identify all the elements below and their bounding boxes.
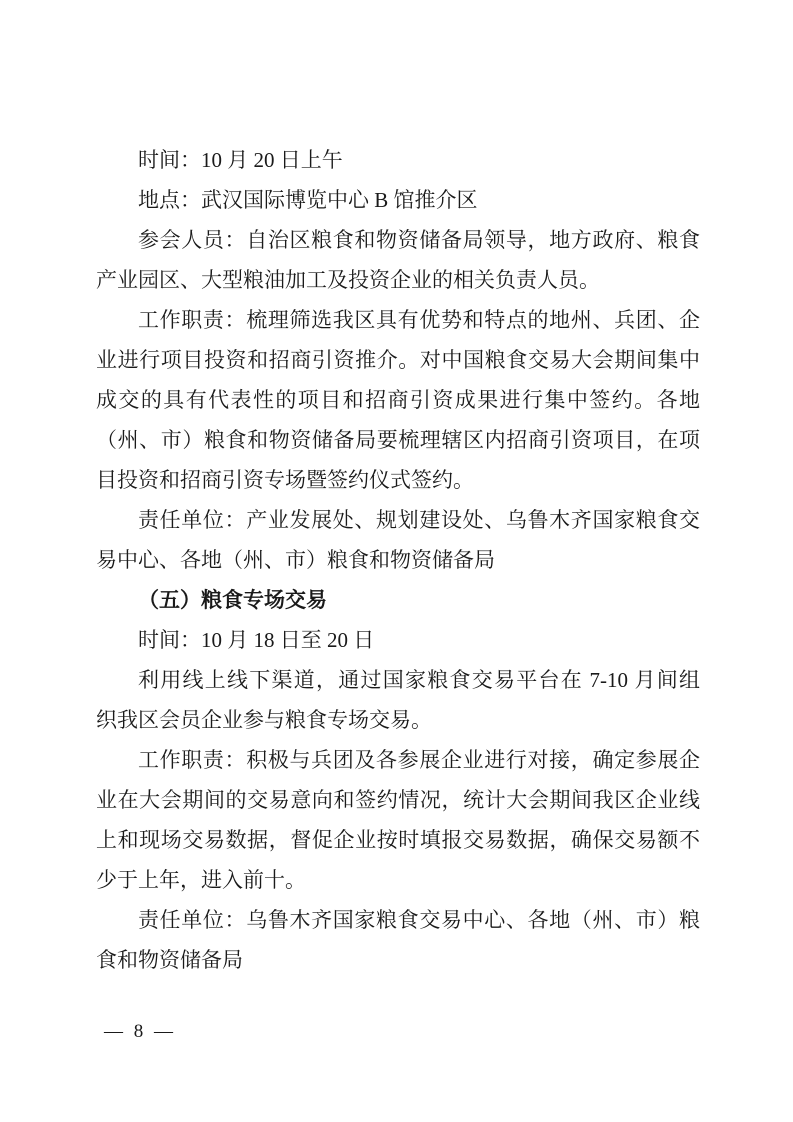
document-body: 时间：10 月 20 日上午 地点：武汉国际博览中心 B 馆推介区 参会人员：自… <box>96 140 700 980</box>
line-location-agenda4: 地点：武汉国际博览中心 B 馆推介区 <box>96 180 700 220</box>
line-duties-agenda4-1: 工作职责：梳理筛选我区具有优势和特点的地州、兵团、企 <box>96 300 700 340</box>
page-number: — 8 — <box>104 1021 176 1042</box>
line-responsible-unit-1b: 易中心、各地（州、市）粮食和物资储备局 <box>96 540 700 580</box>
document-page: 时间：10 月 20 日上午 地点：武汉国际博览中心 B 馆推介区 参会人员：自… <box>0 0 793 1122</box>
line-duties-agenda5-1: 工作职责：积极与兵团及各参展企业进行对接，确定参展企 <box>96 740 700 780</box>
line-duties-agenda5-3: 上和现场交易数据，督促企业按时填报交易数据，确保交易额不 <box>96 820 700 860</box>
line-duties-agenda5-4: 少于上年，进入前十。 <box>96 860 700 900</box>
section-heading-5: （五）粮食专场交易 <box>96 580 700 620</box>
line-duties-agenda4-4: （州、市）粮食和物资储备局要梳理辖区内招商引资项目，在项 <box>96 420 700 460</box>
line-duties-agenda4-2: 业进行项目投资和招商引资推介。对中国粮食交易大会期间集中 <box>96 340 700 380</box>
line-participants-2: 产业园区、大型粮油加工及投资企业的相关负责人员。 <box>96 260 700 300</box>
line-time-agenda4: 时间：10 月 20 日上午 <box>96 140 700 180</box>
line-responsible-unit-2a: 责任单位：乌鲁木齐国家粮食交易中心、各地（州、市）粮 <box>96 900 700 940</box>
line-duties-agenda5-2: 业在大会期间的交易意向和签约情况，统计大会期间我区企业线 <box>96 780 700 820</box>
line-channel-intro-1: 利用线上线下渠道，通过国家粮食交易平台在 7-10 月间组 <box>96 660 700 700</box>
line-channel-intro-2: 织我区会员企业参与粮食专场交易。 <box>96 700 700 740</box>
page-footer: — 8 — <box>104 1018 176 1046</box>
line-duties-agenda4-5: 目投资和招商引资专场暨签约仪式签约。 <box>96 460 700 500</box>
line-responsible-unit-2b: 食和物资储备局 <box>96 940 700 980</box>
line-responsible-unit-1a: 责任单位：产业发展处、规划建设处、乌鲁木齐国家粮食交 <box>96 500 700 540</box>
line-duties-agenda4-3: 成交的具有代表性的项目和招商引资成果进行集中签约。各地 <box>96 380 700 420</box>
line-participants-1: 参会人员：自治区粮食和物资储备局领导，地方政府、粮食 <box>96 220 700 260</box>
line-time-agenda5: 时间：10 月 18 日至 20 日 <box>96 620 700 660</box>
